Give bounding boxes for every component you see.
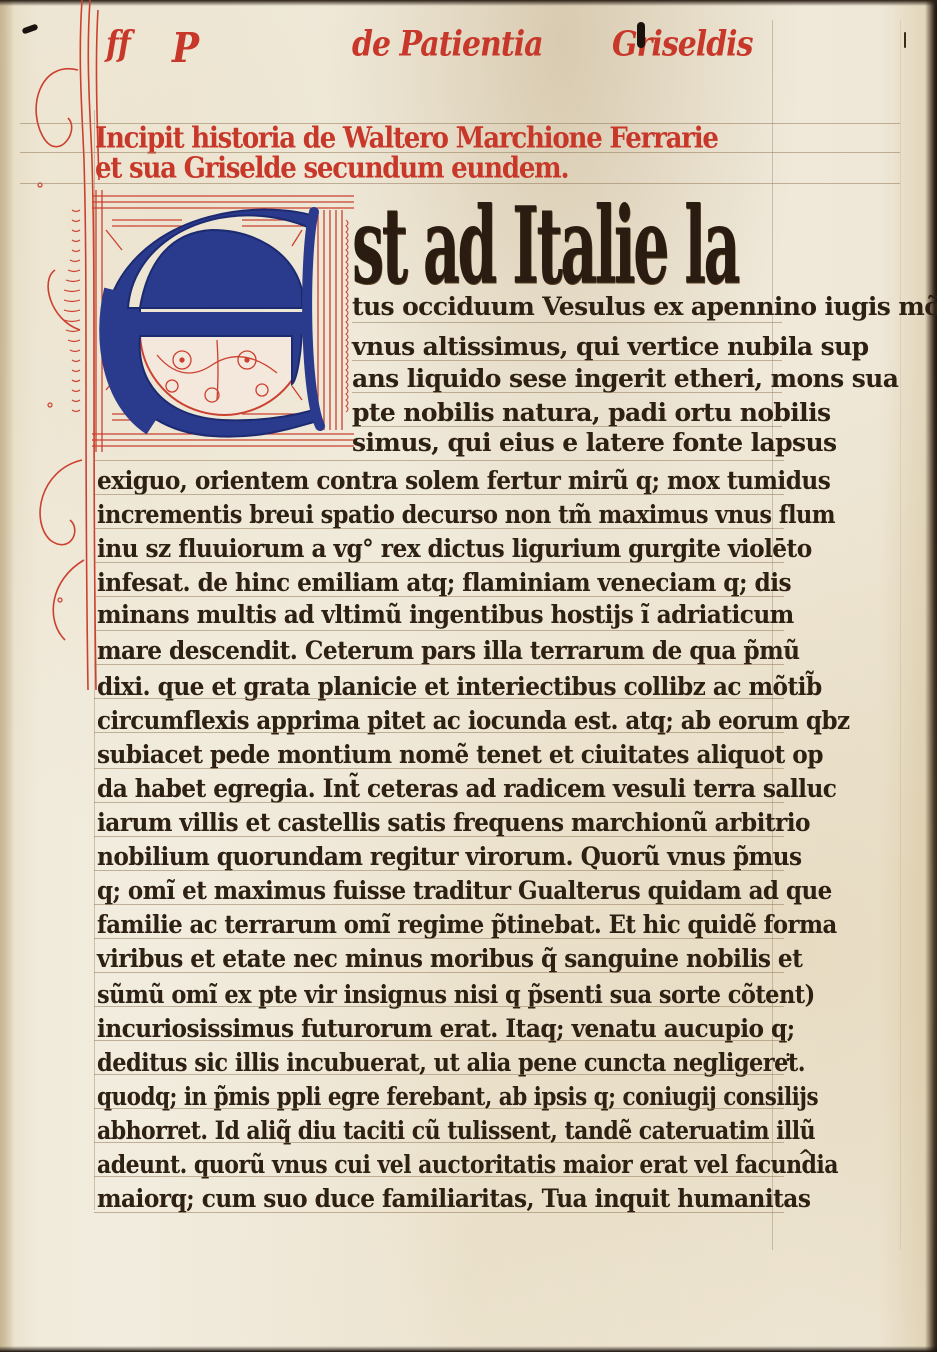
manuscript-page: ff P de Patientia Griseldis Incipit hist… [0,0,937,1352]
text-line: da habet egregia. Int̃ ceteras ad radice… [97,774,836,803]
running-head-mark: ff [106,24,130,82]
text-line: familie ac terrarum omĩ regime p̃tinebat… [97,910,837,939]
text-line: incuriosissimus futurorum erat. Itaq; ve… [97,1014,795,1043]
ruling-line [94,972,784,973]
rubric-line-1: Incipit historia de Waltero Marchione Fe… [95,122,718,155]
tick-mark [904,32,906,48]
text-line: vnus altissimus, qui vertice nubila sup [352,332,869,361]
ruling-vertical-outer [900,20,901,1250]
ruling-line [94,938,784,939]
running-head-center: de Patientia [352,24,543,82]
ruling-line [94,528,784,529]
text-line: ans liquido sese ingerit etheri, mons su… [352,364,898,393]
text-line: circumflexis apprima pitet ac iocunda es… [97,706,849,735]
text-line: deditus sic illis incubuerat, ut alia pe… [97,1048,805,1077]
ruling-line [94,1074,784,1075]
ruling-line [94,664,784,665]
text-line: minans multis ad vltimũ ingentibus hosti… [97,600,794,629]
running-head-letter: P [172,24,198,82]
ruling-line [94,1176,784,1177]
text-line: quodq; in p̃mis ppli egre ferebant, ab i… [97,1082,818,1111]
ruling-line [94,1212,784,1213]
ruling-line [94,732,784,733]
text-line: pte nobilis natura, padi ortu nobilis [352,398,830,427]
ruling-line [352,392,782,393]
incipit-display-text: st ad Italie la [352,188,738,303]
running-head-right: Griseldis [612,24,752,82]
ruling-line [94,1040,784,1041]
text-line: nobilium quorundam regitur virorum. Quor… [97,842,801,871]
ruling-line [352,360,782,361]
ruling-line [94,1006,784,1007]
text-line: dixi. que et grata planicie et interiect… [97,672,822,701]
decorated-initial-e [92,190,354,452]
ruling-line [94,460,784,461]
ruling-line [94,802,784,803]
ruling-line [94,596,784,597]
black-ink-overmark [637,22,645,48]
ruling-line [94,1108,784,1109]
text-line: abhorret. Id aliq̃ diu taciti cũ tulisse… [97,1116,815,1145]
ruling-line [352,322,782,323]
ruling-line [94,904,784,905]
text-line: q; omĩ et maximus fuisse traditur Gualte… [97,876,832,905]
ruling-line [94,494,784,495]
text-line: maiorq; cum suo duce familiaritas, Tua i… [97,1184,810,1213]
ruling-line [94,768,784,769]
text-line: tus occiduum Vesulus ex apennino iugis m… [352,292,937,321]
margin-mark-colon: : [785,1046,790,1065]
text-line: exiguo, orientem contra solem fertur mir… [97,466,830,495]
rubric-line-2: et sua Griselde secundum eundem. [95,152,568,185]
bottom-page-edge [0,1346,937,1352]
text-line: iarum villis et castellis satis frequens… [97,808,810,837]
text-line: viribus et etate nec minus moribus q̃ sa… [97,944,802,973]
text-line: subiacet pede montium nomẽ tenet et ciui… [97,740,823,769]
ruling-line [94,630,784,631]
text-line: adeunt. quorũ vnus cui vel auctoritatis … [97,1150,838,1179]
top-page-edge [0,0,937,6]
text-line: simus, qui eius e latere fonte lapsus [352,428,837,457]
margin-mark-caret: ^ [798,1146,812,1167]
ruling-line [94,836,784,837]
ruling-line [94,562,784,563]
ruling-line [94,870,784,871]
text-line: mare descendit. Ceterum pars illa terrar… [97,636,799,665]
ruling-line [94,698,784,699]
text-line: infesat. de hinc emiliam atq; flaminiam … [97,568,791,597]
ruling-line [352,426,782,427]
text-line: incrementis breui spatio decurso non tm̃… [97,500,835,529]
text-line: sũmũ omĩ ex pte vir insignus nisi q p̃se… [97,980,815,1009]
ruling-line [94,1142,784,1143]
text-line: inu sz fluuiorum a vg° rex dictus liguri… [97,534,812,563]
gutter-shadow [0,0,14,1352]
